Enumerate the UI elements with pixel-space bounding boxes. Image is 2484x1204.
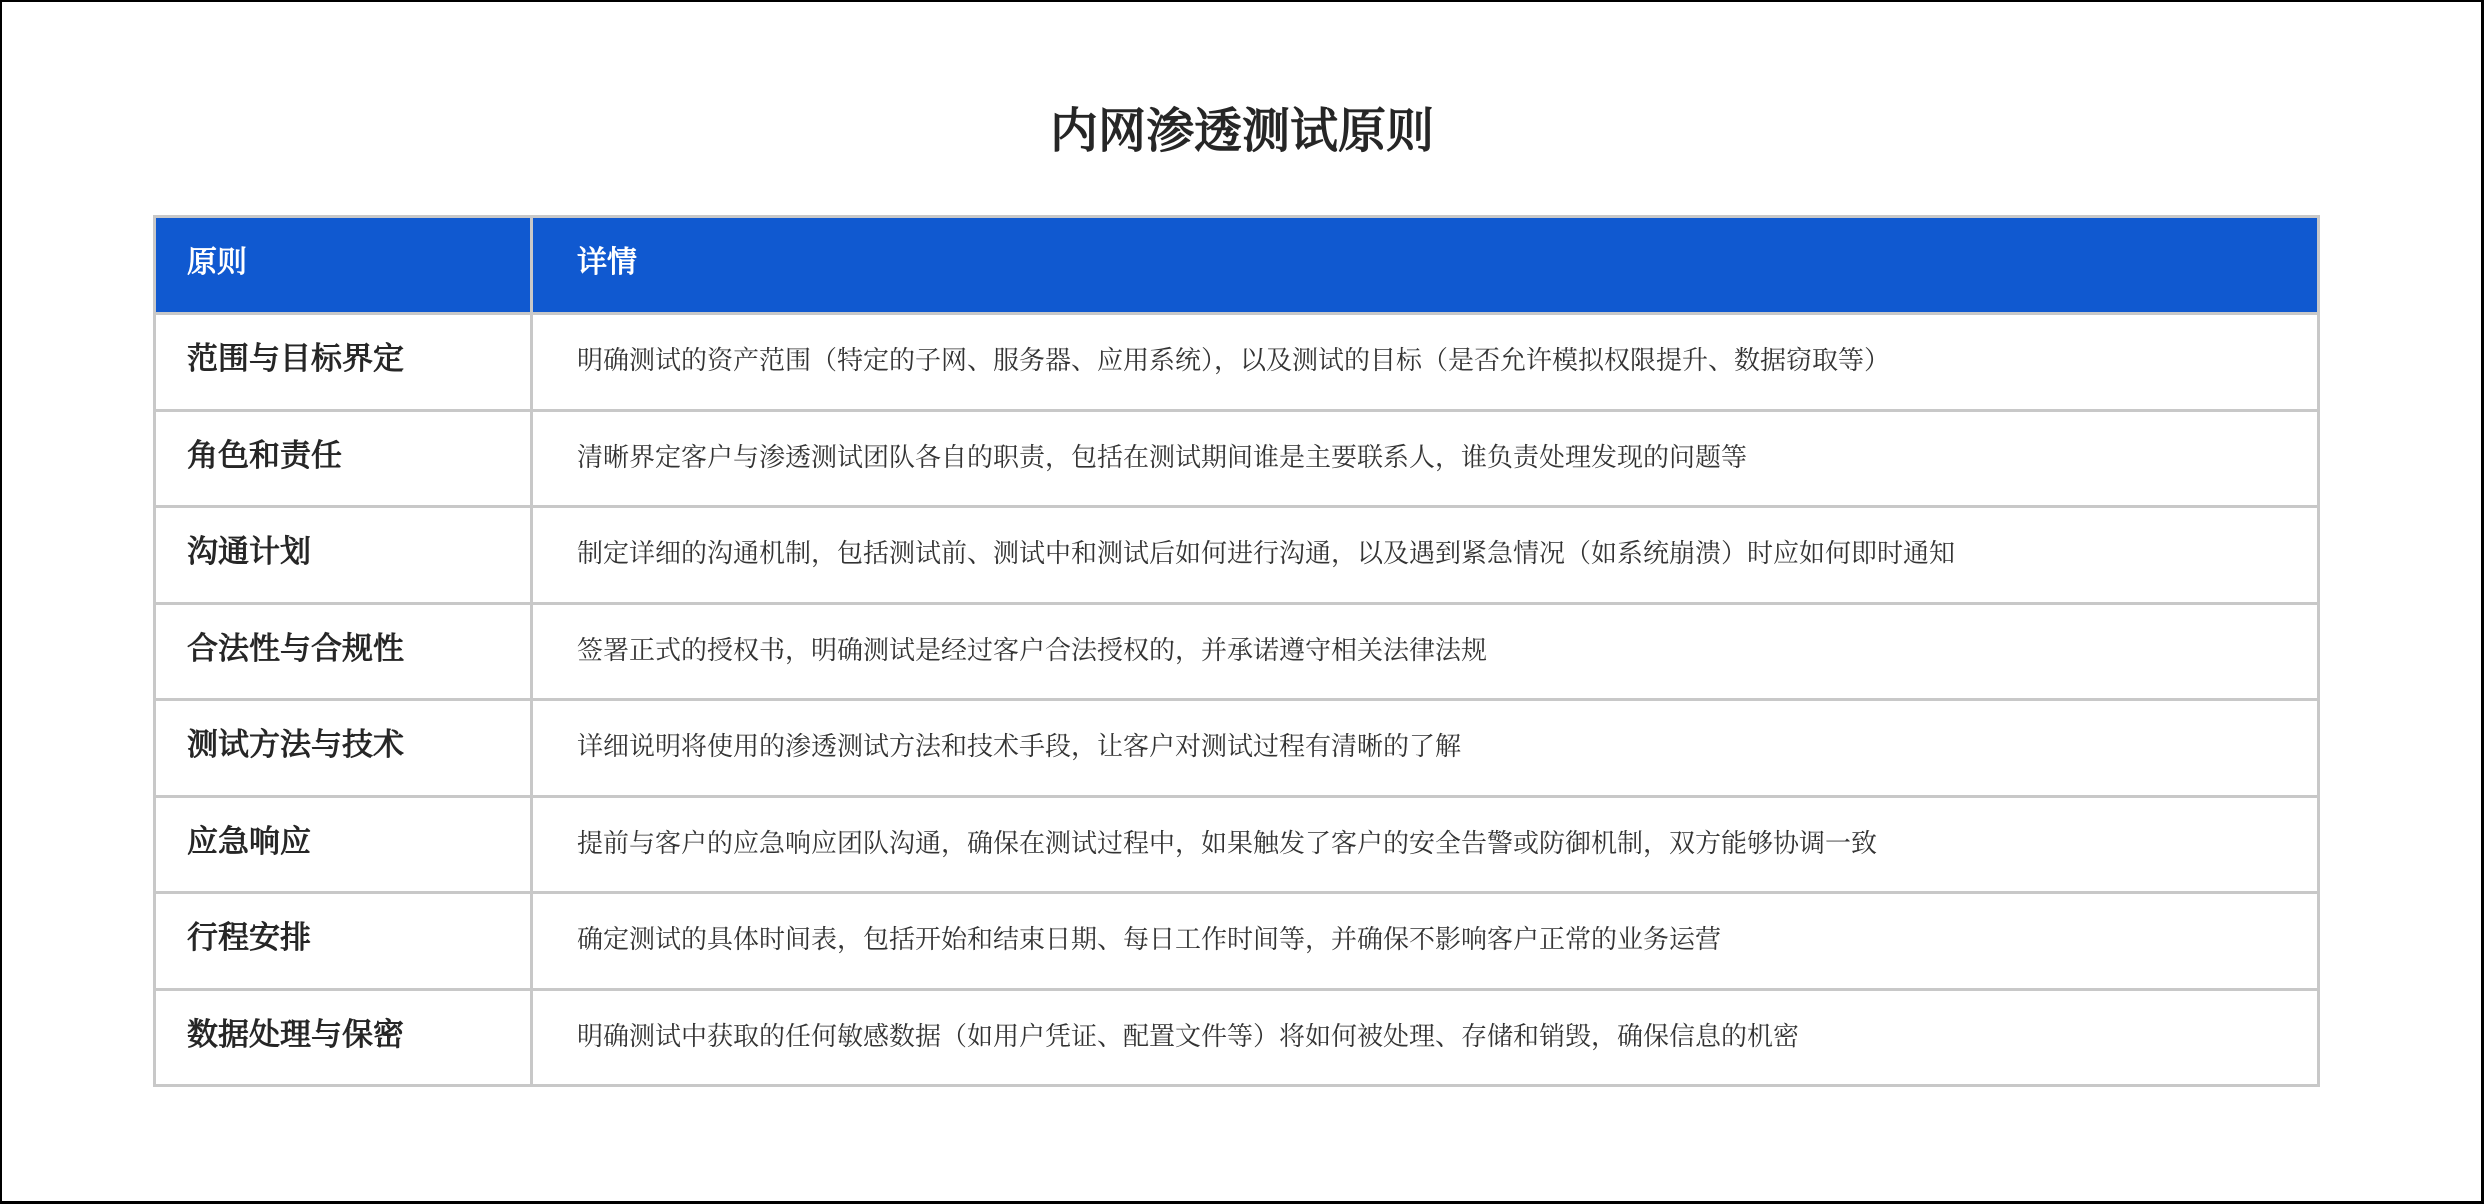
principle-cell: 应急响应 [155,796,532,893]
column-header-details: 详情 [532,217,2319,314]
details-cell: 提前与客户的应急响应团队沟通，确保在测试过程中，如果触发了客户的安全告警或防御机… [532,796,2319,893]
principle-details: 明确测试的资产范围（特定的子网、服务器、应用系统），以及测试的目标（是否允许模拟… [533,315,2317,379]
principle-cell: 沟通计划 [155,507,532,604]
principles-table: 原则 详情 范围与目标界定 明确测试的资产范围（特定的子网、服务器、应用系统），… [153,215,2320,1087]
table-row: 应急响应 提前与客户的应急响应团队沟通，确保在测试过程中，如果触发了客户的安全告… [155,796,2319,893]
details-cell: 签署正式的授权书，明确测试是经过客户合法授权的，并承诺遵守相关法律法规 [532,603,2319,700]
page-title: 内网渗透测试原则 [0,96,2484,166]
principle-details: 详细说明将使用的渗透测试方法和技术手段，让客户对测试过程有清晰的了解 [533,701,2317,765]
table-row: 行程安排 确定测试的具体时间表，包括开始和结束日期、每日工作时间等，并确保不影响… [155,893,2319,990]
principle-cell: 范围与目标界定 [155,314,532,411]
principle-name: 测试方法与技术 [156,701,530,765]
principle-name: 数据处理与保密 [156,991,530,1055]
principle-details: 确定测试的具体时间表，包括开始和结束日期、每日工作时间等，并确保不影响客户正常的… [533,894,2317,958]
principle-details: 制定详细的沟通机制，包括测试前、测试中和测试后如何进行沟通，以及遇到紧急情况（如… [533,508,2317,572]
principle-name: 角色和责任 [156,412,530,476]
principle-cell: 测试方法与技术 [155,700,532,797]
principle-details: 提前与客户的应急响应团队沟通，确保在测试过程中，如果触发了客户的安全告警或防御机… [533,798,2317,862]
principle-cell: 数据处理与保密 [155,989,532,1086]
column-header-principle-label: 原则 [156,243,530,283]
table-row: 合法性与合规性 签署正式的授权书，明确测试是经过客户合法授权的，并承诺遵守相关法… [155,603,2319,700]
header-row: 原则 详情 [155,217,2319,314]
table-row: 沟通计划 制定详细的沟通机制，包括测试前、测试中和测试后如何进行沟通，以及遇到紧… [155,507,2319,604]
principle-details: 明确测试中获取的任何敏感数据（如用户凭证、配置文件等）将如何被处理、存储和销毁，… [533,991,2317,1055]
principle-name: 范围与目标界定 [156,315,530,379]
principle-details: 签署正式的授权书，明确测试是经过客户合法授权的，并承诺遵守相关法律法规 [533,605,2317,669]
principle-cell: 行程安排 [155,893,532,990]
details-cell: 确定测试的具体时间表，包括开始和结束日期、每日工作时间等，并确保不影响客户正常的… [532,893,2319,990]
principle-name: 合法性与合规性 [156,605,530,669]
details-cell: 明确测试的资产范围（特定的子网、服务器、应用系统），以及测试的目标（是否允许模拟… [532,314,2319,411]
column-header-details-label: 详情 [533,243,2317,283]
principle-cell: 合法性与合规性 [155,603,532,700]
principle-details: 清晰界定客户与渗透测试团队各自的职责，包括在测试期间谁是主要联系人，谁负责处理发… [533,412,2317,476]
principle-name: 行程安排 [156,894,530,958]
principle-cell: 角色和责任 [155,410,532,507]
principle-name: 沟通计划 [156,508,530,572]
table-body: 范围与目标界定 明确测试的资产范围（特定的子网、服务器、应用系统），以及测试的目… [155,314,2319,1086]
details-cell: 清晰界定客户与渗透测试团队各自的职责，包括在测试期间谁是主要联系人，谁负责处理发… [532,410,2319,507]
table-row: 范围与目标界定 明确测试的资产范围（特定的子网、服务器、应用系统），以及测试的目… [155,314,2319,411]
table-header: 原则 详情 [155,217,2319,314]
principle-name: 应急响应 [156,798,530,862]
table-row: 数据处理与保密 明确测试中获取的任何敏感数据（如用户凭证、配置文件等）将如何被处… [155,989,2319,1086]
details-cell: 明确测试中获取的任何敏感数据（如用户凭证、配置文件等）将如何被处理、存储和销毁，… [532,989,2319,1086]
table-row: 测试方法与技术 详细说明将使用的渗透测试方法和技术手段，让客户对测试过程有清晰的… [155,700,2319,797]
details-cell: 详细说明将使用的渗透测试方法和技术手段，让客户对测试过程有清晰的了解 [532,700,2319,797]
table-row: 角色和责任 清晰界定客户与渗透测试团队各自的职责，包括在测试期间谁是主要联系人，… [155,410,2319,507]
column-header-principle: 原则 [155,217,532,314]
details-cell: 制定详细的沟通机制，包括测试前、测试中和测试后如何进行沟通，以及遇到紧急情况（如… [532,507,2319,604]
